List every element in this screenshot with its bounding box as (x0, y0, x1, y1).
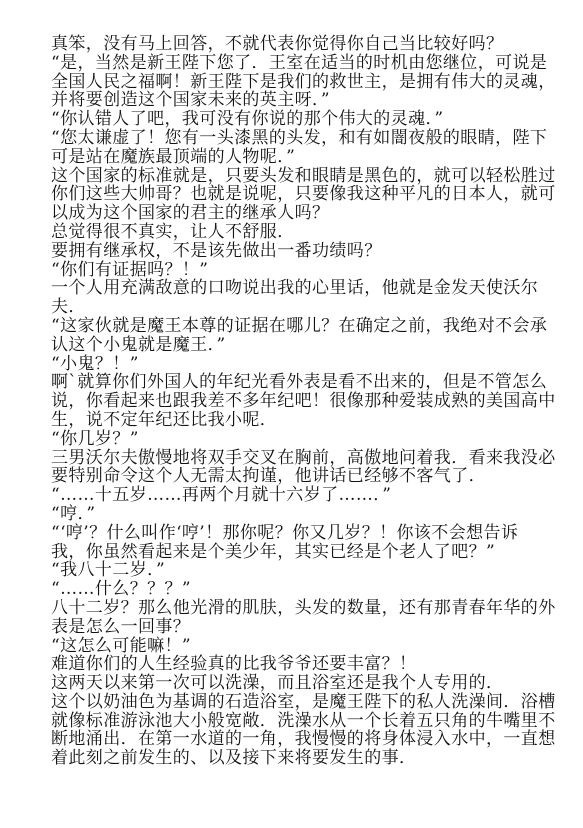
body-text: 真笨，没有马上回答，不就代表你觉得你自己当比较好吗？ “是，当然是新王陛下您了．… (51, 35, 531, 768)
document-page: 真笨，没有马上回答，不就代表你觉得你自己当比较好吗？ “是，当然是新王陛下您了．… (0, 0, 583, 828)
text-line: “您太谦虚了！您有一头漆黑的头发，和有如闇夜般的眼睛，陛下 (51, 129, 531, 148)
text-line: 夫． (51, 298, 531, 317)
text-line: 八十二岁？那么他光滑的肌肤，头发的数量，还有那青春年华的外 (51, 599, 531, 618)
text-line: “小鬼？！” (51, 355, 531, 374)
text-line: 难道你们的人生经验真的比我爷爷还要丰富？！ (51, 655, 531, 674)
text-line: “你几岁？” (51, 430, 531, 449)
text-line: 就像标准游泳池大小般宽敞．洗澡水从一个长着五只角的牛嘴里不 (51, 712, 531, 731)
text-line: “我八十二岁．” (51, 561, 531, 580)
text-line: “这怎么可能嘛！” (51, 637, 531, 656)
text-line: 要特别命令这个人无需太拘谨，他讲话已经够不客气了． (51, 467, 531, 486)
text-line: 总觉得很不真实，让人不舒服． (51, 223, 531, 242)
text-line: “你认错人了吧，我可没有你说的那个伟大的灵魂．” (51, 110, 531, 129)
text-line: 说，你看起来也跟我差不多年纪吧！很像那种爱装成熟的美国高中 (51, 392, 531, 411)
text-line: 着此刻之前发生的、以及接下来将要发生的事． (51, 749, 531, 768)
text-line: 表是怎么一回事？ (51, 618, 531, 637)
text-line: 真笨，没有马上回答，不就代表你觉得你自己当比较好吗？ (51, 35, 531, 54)
text-line: 啊`就算你们外国人的年纪光看外表是看不出来的，但是不管怎么 (51, 373, 531, 392)
text-line: 全国人民之福啊！新王陛下是我们的救世主，是拥有伟大的灵魂， (51, 73, 531, 92)
text-line: “哼．” (51, 505, 531, 524)
text-line: 以成为这个国家的君主的继承人吗？ (51, 204, 531, 223)
text-line: “……什么？？？” (51, 580, 531, 599)
text-line: 断地涌出．在第一水道的一角，我慢慢的将身体浸入水中，一直想 (51, 730, 531, 749)
text-line: 一个人用充满敌意的口吻说出我的心里话，他就是金发天使沃尔 (51, 279, 531, 298)
text-line: 这两天以来第一次可以洗澡，而且浴室还是我个人专用的． (51, 674, 531, 693)
text-line: “……十五岁……再两个月就十六岁了……．” (51, 486, 531, 505)
text-line: 三男沃尔夫傲慢地将双手交叉在胸前，高傲地问着我．看来我没必 (51, 449, 531, 468)
text-line: 我，你虽然看起来是个美少年，其实已经是个老人了吧？” (51, 543, 531, 562)
text-line: 这个以奶油色为基调的石造浴室，是魔王陛下的私人洗澡间．浴槽 (51, 693, 531, 712)
text-line: 你们这些大帅哥？也就是说呢，只要像我这种平凡的日本人，就可 (51, 185, 531, 204)
text-line: 可是站在魔族最顶端的人物呢．” (51, 148, 531, 167)
text-line: “你们有证据吗？！” (51, 261, 531, 280)
text-line: 要拥有继承权，不是该先做出一番功绩吗？ (51, 242, 531, 261)
text-line: 认这个小鬼就是魔王．” (51, 336, 531, 355)
text-line: “这家伙就是魔王本尊的证据在哪儿？在确定之前，我绝对不会承 (51, 317, 531, 336)
text-line: 并将要创造这个国家未来的英主呀．” (51, 91, 531, 110)
text-line: 生，说不定年纪还比我小呢． (51, 411, 531, 430)
text-line: 这个国家的标准就是，只要头发和眼睛是黑色的，就可以轻松胜过 (51, 167, 531, 186)
text-line: “‘哼’？什么叫作‘哼’！那你呢？你又几岁？！你该不会想告诉 (51, 524, 531, 543)
text-line: “是，当然是新王陛下您了．王室在适当的时机由您继位，可说是 (51, 54, 531, 73)
